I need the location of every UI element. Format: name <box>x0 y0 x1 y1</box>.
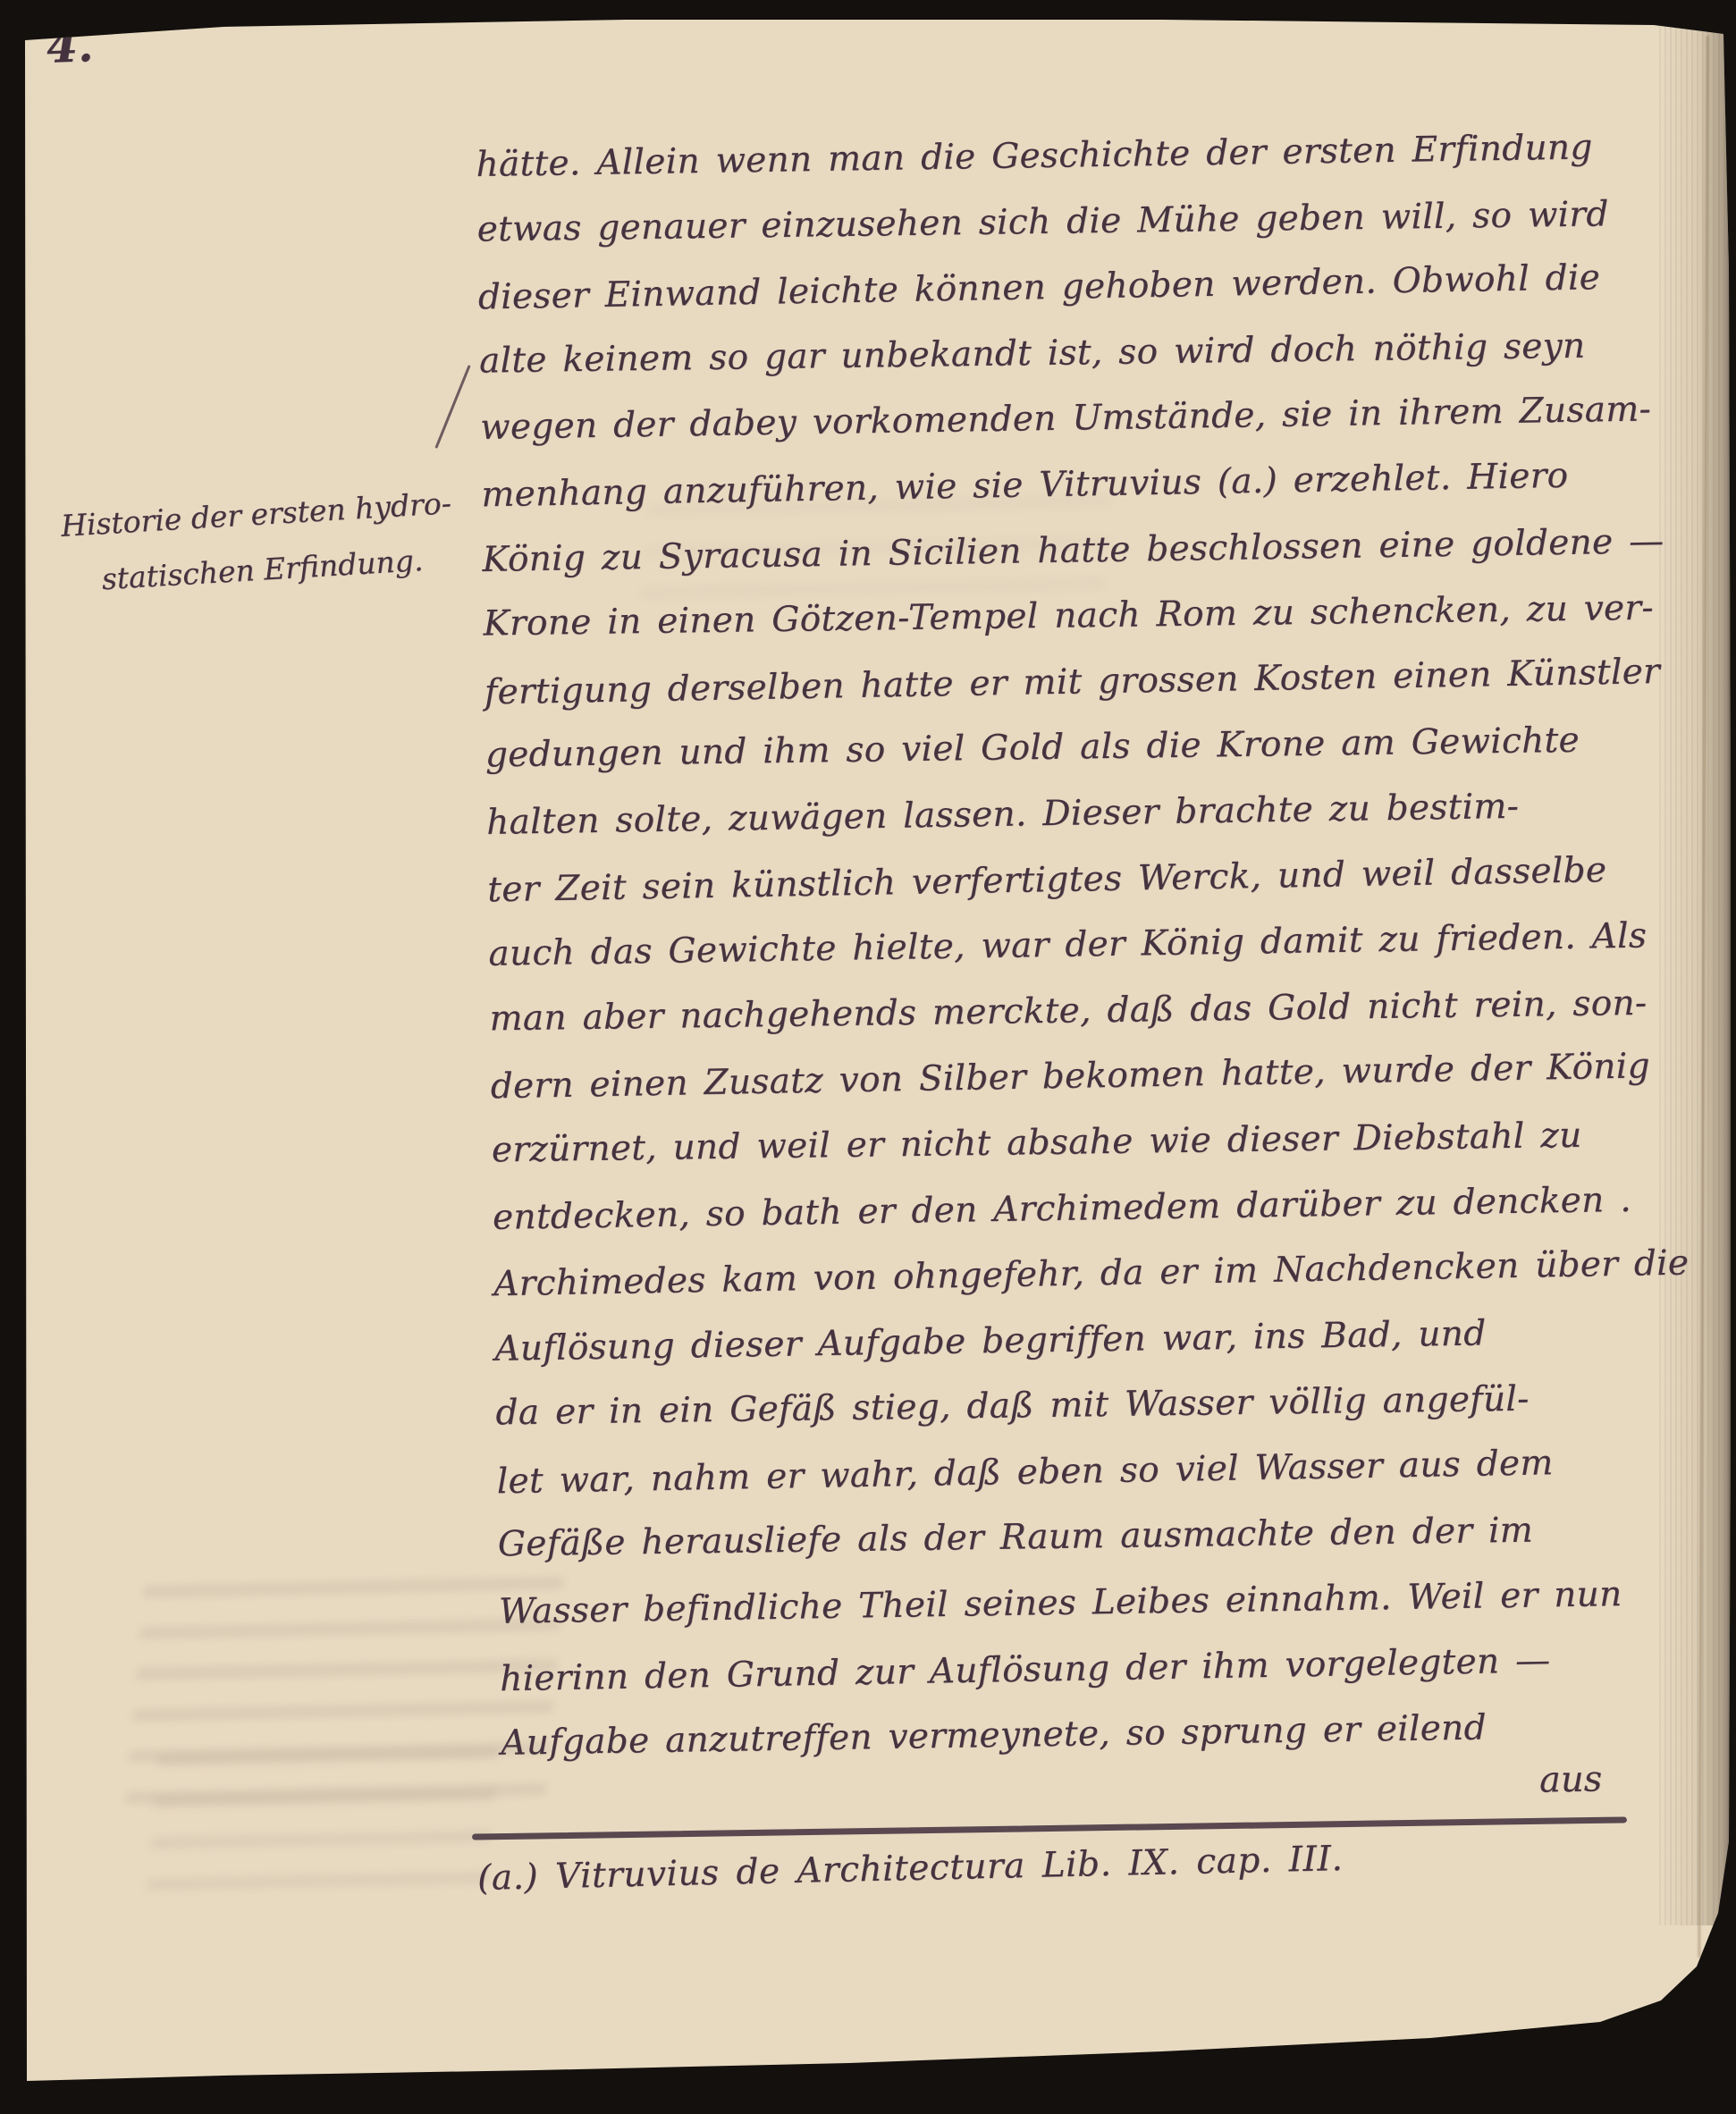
footnote-separator-rule <box>472 1816 1627 1840</box>
manuscript-scan: 4. Historie der ersten hydro- statischen… <box>0 0 1736 2114</box>
stray-pen-mark <box>434 365 470 449</box>
footnote-citation: (a.) Vitruvius de Architectura Lib. IX. … <box>477 1839 1344 1899</box>
catchword: aus <box>1539 1758 1603 1800</box>
manuscript-page: 4. Historie der ersten hydro- statischen… <box>0 0 1736 2114</box>
margin-note: Historie der ersten hydro- statischen Er… <box>59 467 512 614</box>
page-number: 4. <box>46 19 94 73</box>
body-text: hätte. Allein wenn man die Geschichte de… <box>476 113 1735 1776</box>
ink-bleed-through <box>146 1748 498 1908</box>
